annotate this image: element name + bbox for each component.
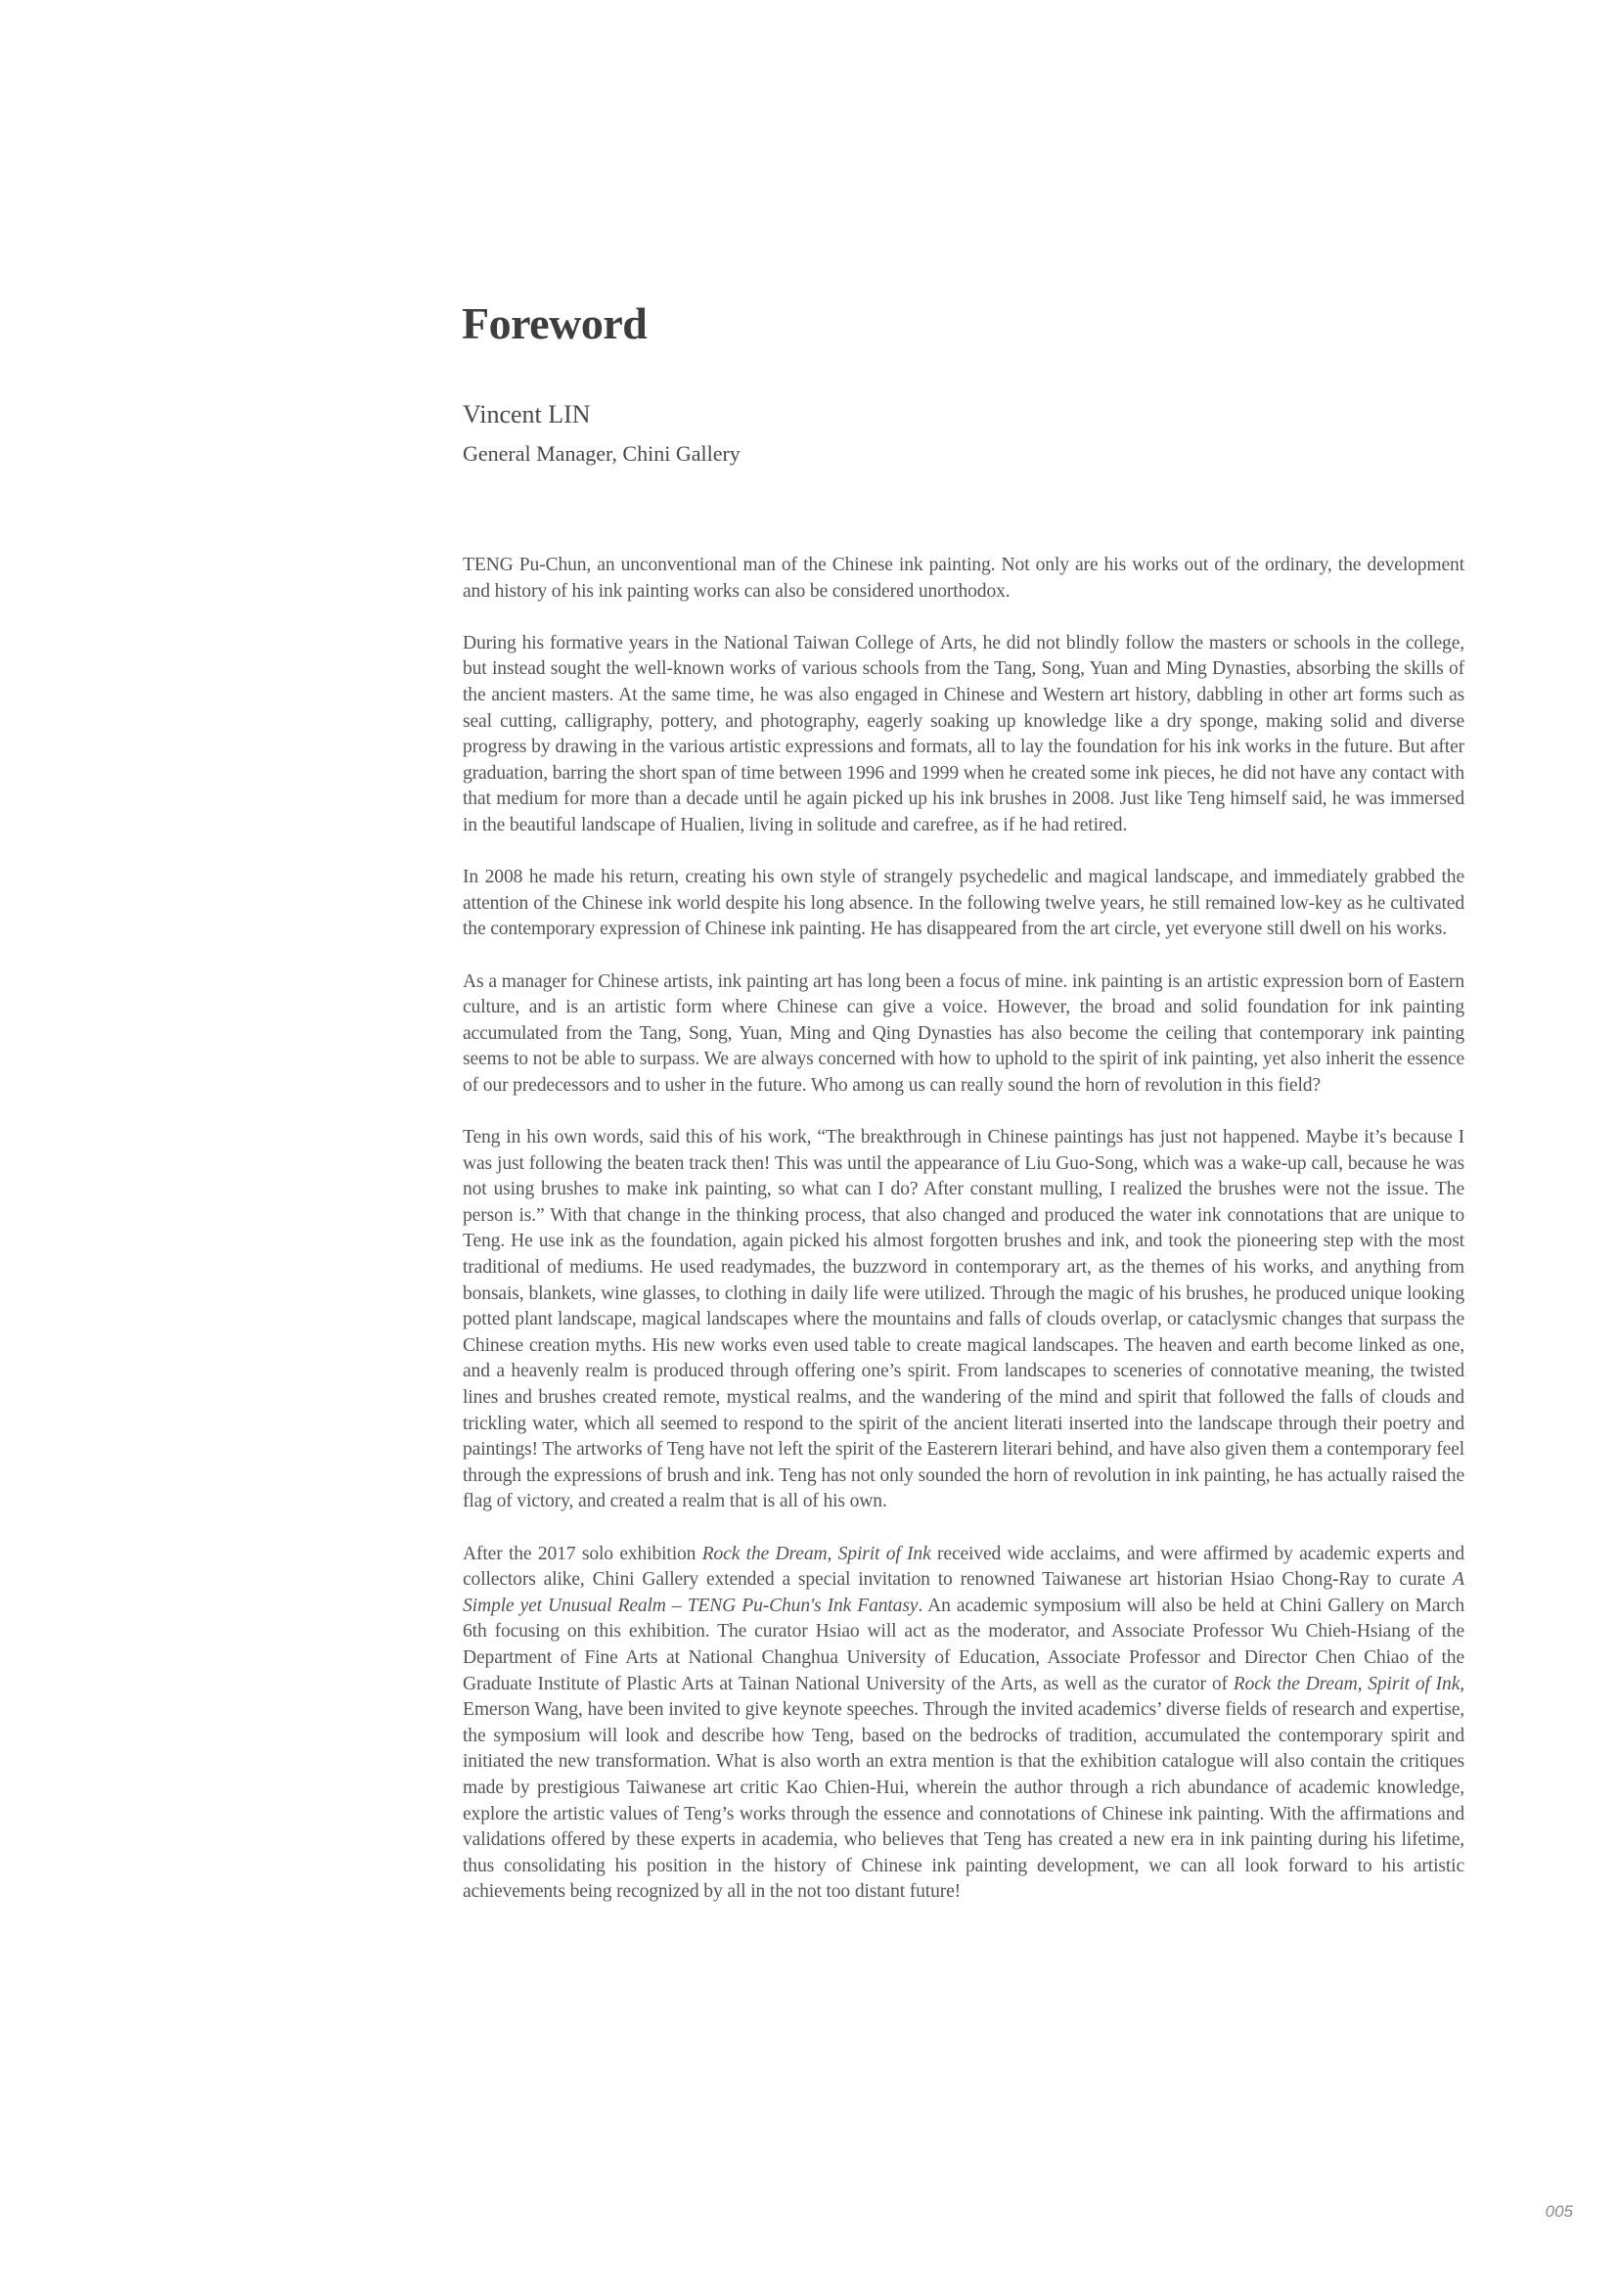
paragraph-1: TENG Pu-Chun, an unconventional man of t…: [463, 553, 1464, 605]
page-title: Foreword: [462, 301, 647, 346]
document-page: Foreword Vincent LIN General Manager, Ch…: [0, 0, 1618, 2296]
paragraph-3: In 2008 he made his return, creating his…: [463, 865, 1464, 943]
exhibition-title-rock-the-dream: Rock the Dream, Spirit of Ink: [1234, 1674, 1460, 1694]
paragraph-6-segment: , Emerson Wang, have been invited to giv…: [463, 1674, 1464, 1903]
foreword-body: TENG Pu-Chun, an unconventional man of t…: [463, 553, 1464, 1906]
paragraph-6: After the 2017 solo exhibition Rock the …: [463, 1542, 1464, 1906]
paragraph-2: During his formative years in the Nation…: [463, 631, 1464, 839]
paragraph-5: Teng in his own words, said this of his …: [463, 1125, 1464, 1515]
author-name: Vincent LIN: [463, 402, 591, 428]
paragraph-4: As a manager for Chinese artists, ink pa…: [463, 969, 1464, 1100]
paragraph-6-segment: After the 2017 solo exhibition: [463, 1544, 702, 1564]
page-number: 005: [1546, 2203, 1573, 2220]
author-role: General Manager, Chini Gallery: [463, 443, 741, 465]
exhibition-title-rock-the-dream: Rock the Dream, Spirit of Ink: [702, 1544, 931, 1564]
